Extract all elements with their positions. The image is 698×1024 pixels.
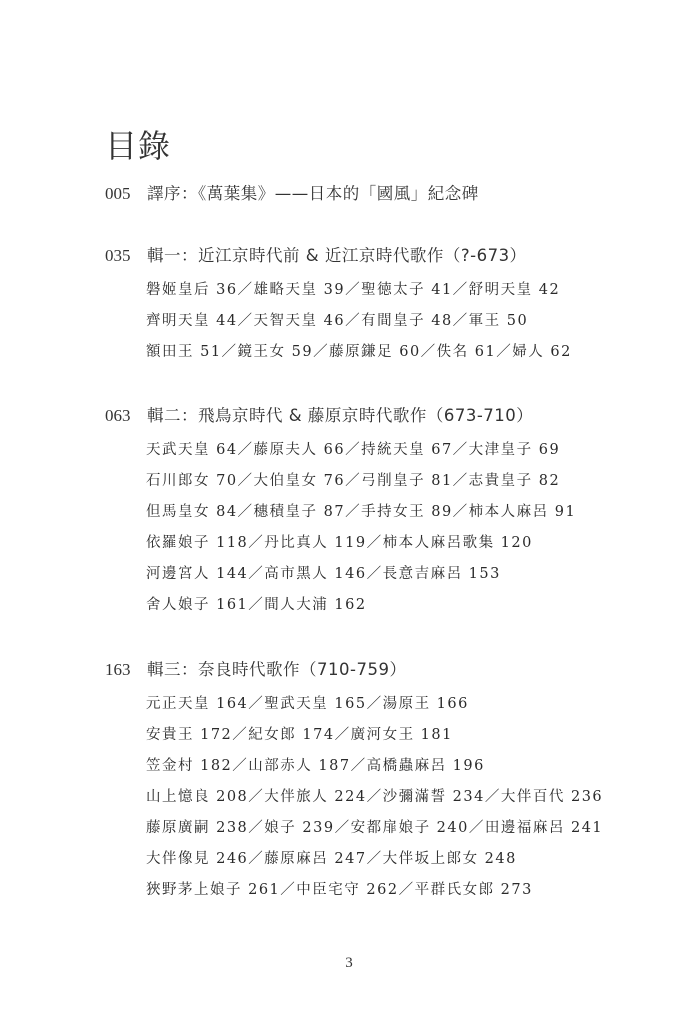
toc-page-number: 005 [105, 184, 147, 204]
toc-entry-line[interactable]: 笠金村 182／山部赤人 187／高橋蟲麻呂 196 [146, 754, 603, 785]
toc-entries: 天武天皇 64／藤原夫人 66／持統天皇 67／大津皇子 69 石川郎女 70／… [146, 438, 576, 624]
toc-title: 輯二：飛鳥京時代 & 藤原京時代歌作（673-710） [147, 402, 533, 426]
page-number: 3 [0, 955, 698, 972]
page-title: 目錄 [105, 121, 171, 167]
toc-title: 譯序：《萬葉集》——日本的「國風」紀念碑 [147, 180, 479, 204]
toc-page-number: 063 [105, 406, 147, 426]
toc-entry-line[interactable]: 藤原廣嗣 238／娘子 239／安都扉娘子 240／田邊福麻呂 241 [146, 816, 603, 847]
toc-entry-line[interactable]: 磐姬皇后 36／雄略天皇 39／聖徳太子 41／舒明天皇 42 [146, 278, 572, 309]
toc-entry-line[interactable]: 河邊宮人 144／高市黑人 146／長意吉麻呂 153 [146, 562, 576, 593]
toc-entry-line[interactable]: 齊明天皇 44／天智天皇 46／有間皇子 48／軍王 50 [146, 309, 572, 340]
toc-entry-line[interactable]: 舍人娘子 161／間人大浦 162 [146, 593, 576, 624]
toc-section-part-3: 163 輯三：奈良時代歌作（710-759） 元正天皇 164／聖武天皇 165… [105, 656, 603, 909]
toc-entry-line[interactable]: 依羅娘子 118／丹比真人 119／柿本人麻呂歌集 120 [146, 531, 576, 562]
toc-section-part-1: 035 輯一：近江京時代前 & 近江京時代歌作（?-673） 磐姬皇后 36／雄… [105, 242, 572, 371]
toc-page-number: 163 [105, 660, 147, 680]
toc-heading[interactable]: 005 譯序：《萬葉集》——日本的「國風」紀念碑 [105, 180, 479, 204]
toc-heading[interactable]: 163 輯三：奈良時代歌作（710-759） [105, 656, 603, 680]
toc-entries: 磐姬皇后 36／雄略天皇 39／聖徳太子 41／舒明天皇 42 齊明天皇 44／… [146, 278, 572, 371]
toc-entry-line[interactable]: 元正天皇 164／聖武天皇 165／湯原王 166 [146, 692, 603, 723]
toc-entry-line[interactable]: 大伴像見 246／藤原麻呂 247／大伴坂上郎女 248 [146, 847, 603, 878]
toc-entry-line[interactable]: 山上憶良 208／大伴旅人 224／沙彌滿誓 234／大伴百代 236 [146, 785, 603, 816]
toc-entry-line[interactable]: 狹野茅上娘子 261／中臣宅守 262／平群氏女郎 273 [146, 878, 603, 909]
toc-entry-line[interactable]: 石川郎女 70／大伯皇女 76／弓削皇子 81／志貴皇子 82 [146, 469, 576, 500]
toc-heading[interactable]: 063 輯二：飛鳥京時代 & 藤原京時代歌作（673-710） [105, 402, 576, 426]
toc-entry-line[interactable]: 但馬皇女 84／穗積皇子 87／手持女王 89／柿本人麻呂 91 [146, 500, 576, 531]
toc-section-part-2: 063 輯二：飛鳥京時代 & 藤原京時代歌作（673-710） 天武天皇 64／… [105, 402, 576, 624]
toc-heading[interactable]: 035 輯一：近江京時代前 & 近江京時代歌作（?-673） [105, 242, 572, 266]
toc-title: 輯一：近江京時代前 & 近江京時代歌作（?-673） [147, 242, 527, 266]
toc-page-number: 035 [105, 246, 147, 266]
toc-entry-line[interactable]: 天武天皇 64／藤原夫人 66／持統天皇 67／大津皇子 69 [146, 438, 576, 469]
toc-entries: 元正天皇 164／聖武天皇 165／湯原王 166 安貴王 172／紀女郎 17… [146, 692, 603, 909]
toc-title: 輯三：奈良時代歌作（710-759） [147, 656, 406, 680]
toc-entry-line[interactable]: 額田王 51／鏡王女 59／藤原鎌足 60／佚名 61／婦人 62 [146, 340, 572, 371]
toc-section-preface: 005 譯序：《萬葉集》——日本的「國風」紀念碑 [105, 180, 479, 204]
toc-entry-line[interactable]: 安貴王 172／紀女郎 174／廣河女王 181 [146, 723, 603, 754]
